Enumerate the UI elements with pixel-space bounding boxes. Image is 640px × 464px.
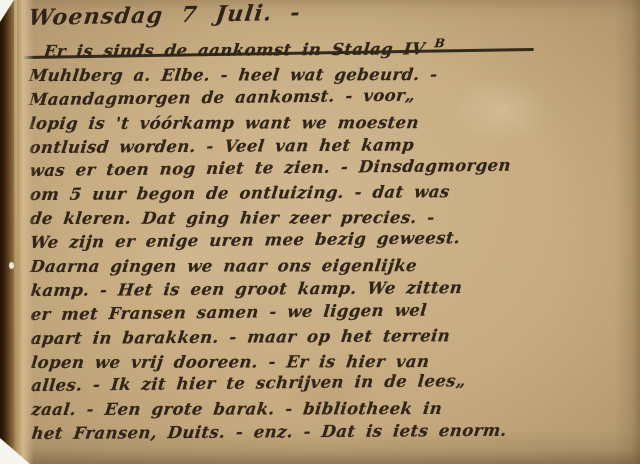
diary-line-text: Er is sinds de aankomst in Stalag IV [43,39,426,61]
diary-line: om 5 uur begon de ontluizing. - dat was [28,181,619,209]
diary-line: apart in barakken. - maar op het terrein [29,325,620,353]
page-heading: Woensdag 7 Juli. - [27,0,303,31]
book-spine-edge [0,0,34,464]
diary-text: Er is sinds de aankomst in Stalag IVB Mu… [29,38,620,448]
diary-photo: Woensdag 7 Juli. - Er is sinds de aankom… [0,0,640,464]
diary-line: het Fransen, Duits. - enz. - Dat is iets… [30,420,621,448]
diary-line: alles. - Ik zit hier te schrijven in de … [30,370,620,401]
paper-speck [9,262,14,269]
diary-line: Er is sinds de aankomst in Stalag IVB [27,38,618,66]
diary-line: We zijn er enige uren mee bezig geweest. [29,226,619,257]
stalag-superscript: B [434,36,446,50]
spine-highlight [14,0,17,464]
